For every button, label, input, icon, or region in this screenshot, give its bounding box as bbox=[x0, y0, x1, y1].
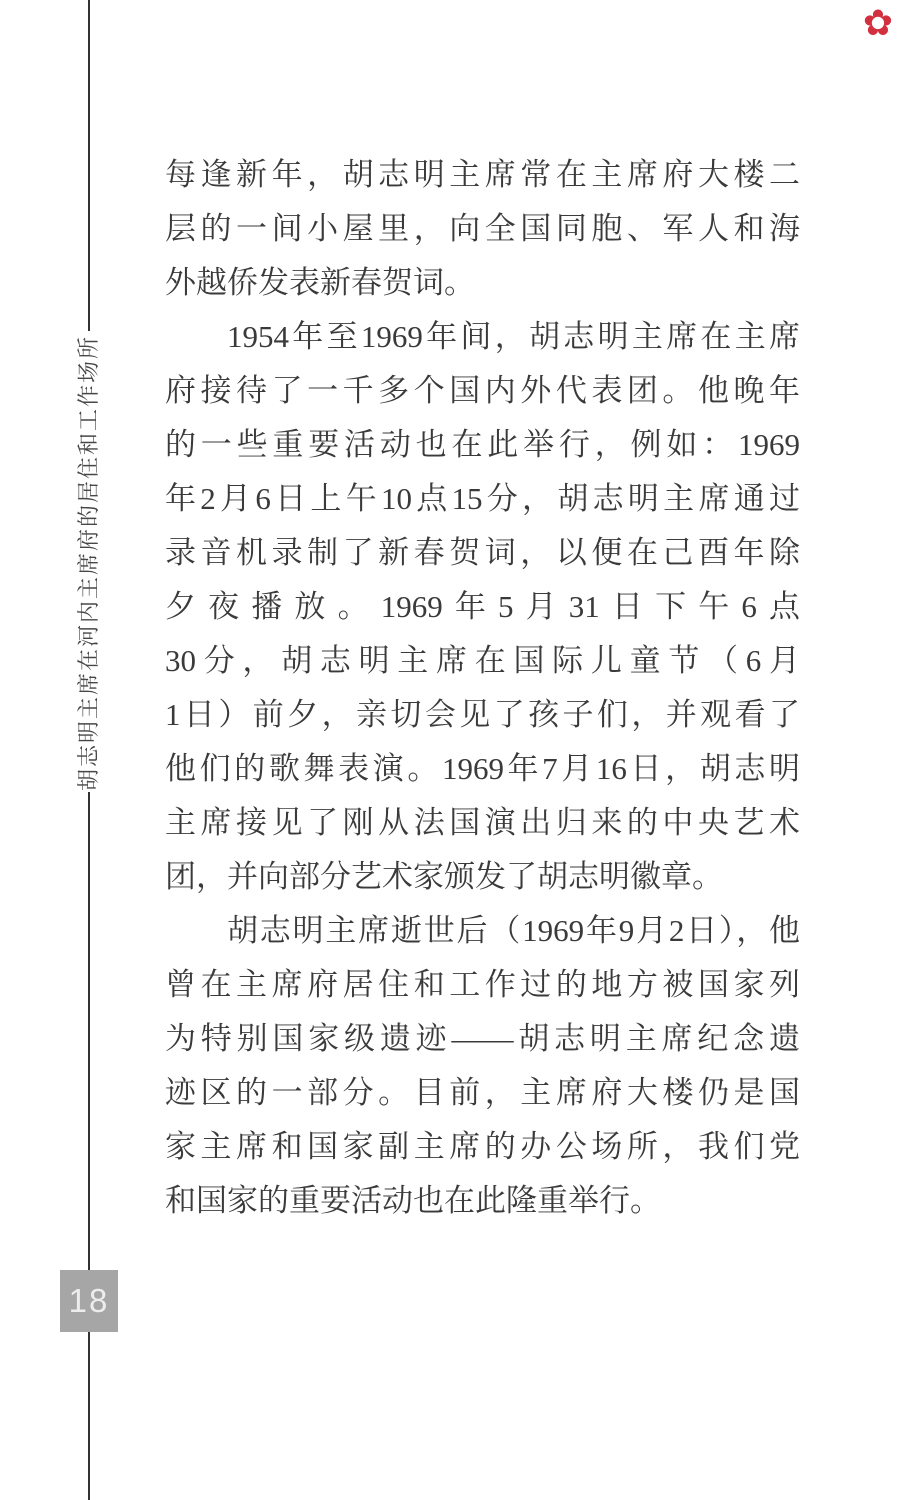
text-line: 每逢新年，胡志明主席常在主席府大楼二 bbox=[165, 148, 800, 202]
body-text: 每逢新年，胡志明主席常在主席府大楼二层的一间小屋里，向全国同胞、军人和海外越侨发… bbox=[165, 148, 800, 1228]
paragraph: 胡志明主席逝世后（1969年9月2日），他曾在主席府居住和工作过的地方被国家列为… bbox=[165, 904, 800, 1228]
text-line: 他们的歌舞表演。1969年7月16日，胡志明 bbox=[165, 742, 800, 796]
text-line: 1954年至1969年间，胡志明主席在主席 bbox=[165, 310, 800, 364]
text-line: 府接待了一千多个国内外代表团。他晚年 bbox=[165, 364, 800, 418]
sidebar-rule-top bbox=[88, 0, 90, 331]
text-line: 录音机录制了新春贺词，以便在己酉年除 bbox=[165, 526, 800, 580]
text-line: 外越侨发表新春贺词。 bbox=[165, 256, 800, 310]
text-line: 主席接见了刚从法国演出归来的中央艺术 bbox=[165, 796, 800, 850]
sidebar-rule-bottom bbox=[88, 792, 90, 1500]
flower-ornament-icon: ✿ bbox=[858, 2, 898, 46]
page-number-badge: 18 bbox=[60, 1270, 118, 1332]
paragraph: 每逢新年，胡志明主席常在主席府大楼二层的一间小屋里，向全国同胞、军人和海外越侨发… bbox=[165, 148, 800, 310]
paragraph: 1954年至1969年间，胡志明主席在主席府接待了一千多个国内外代表团。他晚年的… bbox=[165, 310, 800, 904]
text-line: 夕夜播放。1969年5月31日下午6点 bbox=[165, 580, 800, 634]
text-line: 迹区的一部分。目前，主席府大楼仍是国 bbox=[165, 1066, 800, 1120]
text-line: 年2月6日上午10点15分，胡志明主席通过 bbox=[165, 472, 800, 526]
text-line: 胡志明主席逝世后（1969年9月2日），他 bbox=[165, 904, 800, 958]
text-line: 团，并向部分艺术家颁发了胡志明徽章。 bbox=[165, 850, 800, 904]
text-line: 层的一间小屋里，向全国同胞、军人和海 bbox=[165, 202, 800, 256]
text-line: 曾在主席府居住和工作过的地方被国家列 bbox=[165, 958, 800, 1012]
text-line: 的一些重要活动也在此举行，例如：1969 bbox=[165, 418, 800, 472]
text-line: 和国家的重要活动也在此隆重举行。 bbox=[165, 1174, 800, 1228]
text-line: 30分，胡志明主席在国际儿童节（6月 bbox=[165, 634, 800, 688]
text-line: 1日）前夕，亲切会见了孩子们，并观看了 bbox=[165, 688, 800, 742]
book-page: ✿ 胡志明主席在河内主席府的居住和工作场所 每逢新年，胡志明主席常在主席府大楼二… bbox=[0, 0, 911, 1500]
chapter-title-vertical: 胡志明主席在河内主席府的居住和工作场所 bbox=[74, 334, 104, 792]
text-line: 为特别国家级遗迹——胡志明主席纪念遗 bbox=[165, 1012, 800, 1066]
text-line: 家主席和国家副主席的办公场所，我们党 bbox=[165, 1120, 800, 1174]
